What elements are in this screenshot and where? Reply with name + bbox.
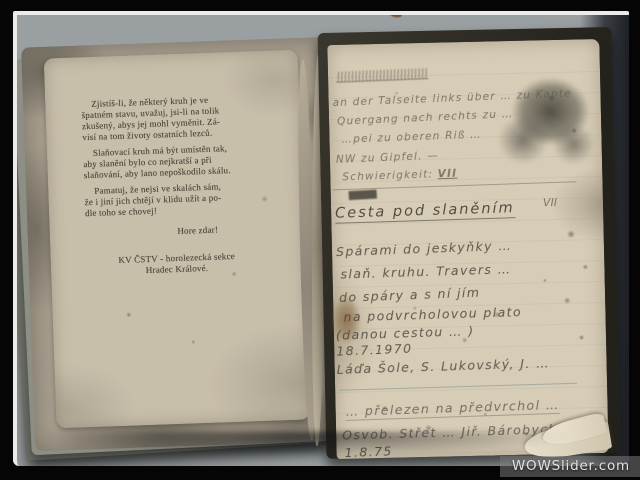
photograph: Zjistíš-li, že některý kruh je ve špatné… [13,11,629,466]
right-page: an der Talseite links über … zu Kante Qu… [327,39,608,459]
notice-paragraph: Zjistíš-li, že některý kruh je ve špatné… [81,93,262,143]
left-page: Zjistíš-li, že některý kruh je ve špatné… [44,50,311,429]
notice-closing: Hore zdar! [86,223,266,240]
route-grade: VII [543,196,557,209]
notice-paragraph: Pamatuj, že nejsi ve skalách sám, že i j… [84,180,265,219]
difficulty-grade: VII [438,168,458,181]
printed-notice: Zjistíš-li, že některý kruh je ve špatné… [81,93,267,278]
scene: Zjistíš-li, že některý kruh je ve špatné… [13,11,629,466]
watermark-link[interactable]: WOWSlider.com [500,456,640,477]
dirt-speck [387,11,402,19]
notice-paragraph: Slaňovací kruh má být umístěn tak, aby s… [83,142,264,181]
first-ascent-date: 18.7.1970 [336,341,413,359]
photo-frame: Zjistíš-li, že některý kruh je ve špatné… [0,0,640,480]
crossed-out-mark [349,190,377,201]
